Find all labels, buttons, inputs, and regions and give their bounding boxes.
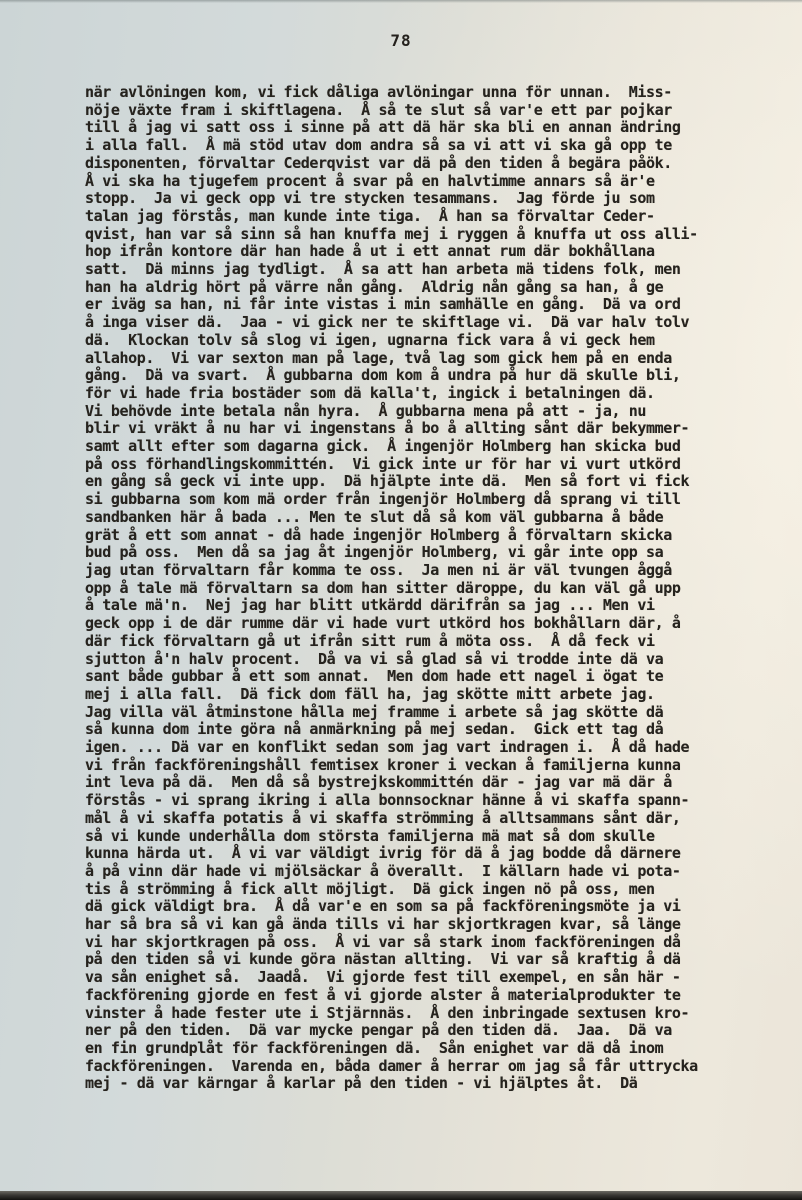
page-number: 78	[0, 31, 802, 50]
scan-edge-bottom	[0, 1191, 802, 1200]
scanned-page: 78 när avlöningen kom, vi fick dåliga av…	[0, 0, 802, 1200]
page-body-text: när avlöningen kom, vi fick dåliga avlön…	[85, 84, 698, 1093]
scan-edge-top	[0, 0, 802, 3]
